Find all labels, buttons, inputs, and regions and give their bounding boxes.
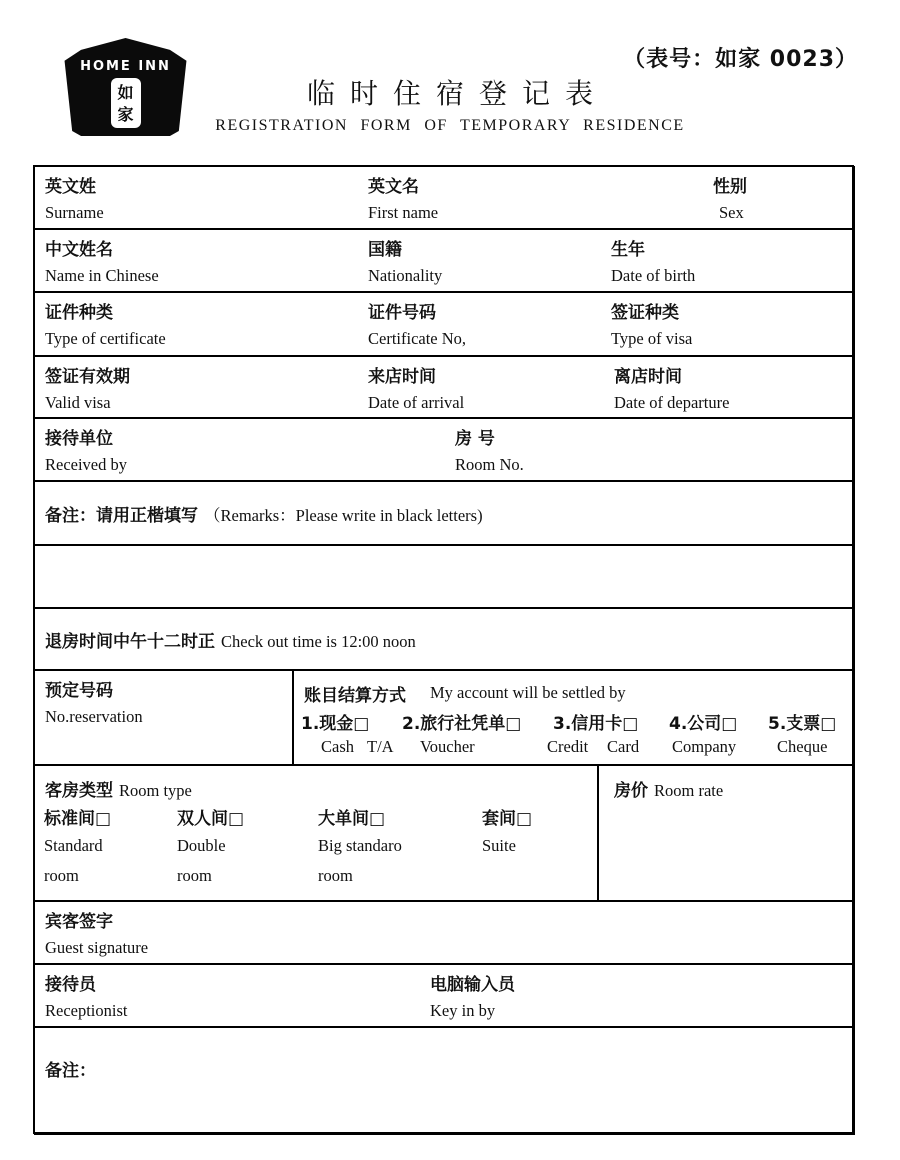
divider-room-rate bbox=[597, 766, 599, 900]
form-title-en: REGISTRATION FORM OF TEMPORARY RESIDENCE bbox=[0, 117, 900, 135]
checkout-time: 退房时间中午十二时正Check out time is 12:00 noon bbox=[45, 627, 416, 652]
row-guest-signature: 宾客签字 Guest signature bbox=[35, 902, 852, 965]
row-checkout-time: 退房时间中午十二时正Check out time is 12:00 noon bbox=[35, 609, 852, 671]
room-type-en-big-standard: Big standaro bbox=[318, 836, 402, 856]
row-received-room: 接待单位 Received by 房 号 Room No. bbox=[35, 419, 852, 482]
settlement-label-en: My account will be settled by bbox=[430, 683, 626, 703]
settlement-option-cash-checkbox[interactable]: 1.现金□ bbox=[301, 709, 369, 734]
settlement-en-cheque: Cheque bbox=[777, 737, 827, 757]
row-blank-space bbox=[35, 546, 852, 609]
field-room-no: 房 号 Room No. bbox=[455, 427, 524, 475]
settlement-option-company-checkbox[interactable]: 4.公司□ bbox=[669, 709, 737, 734]
field-cert-no: 证件号码 Certificate No, bbox=[368, 301, 466, 349]
room-type-en-standard-room: room bbox=[44, 866, 79, 886]
settlement-en-voucher: Voucher bbox=[420, 737, 475, 757]
field-visa-type: 签证种类 Type of visa bbox=[611, 301, 692, 349]
field-reservation-no: 预定号码 No.reservation bbox=[45, 679, 143, 727]
settlement-option-credit-card-checkbox[interactable]: 3.信用卡□ bbox=[553, 709, 638, 734]
field-received-by: 接待单位 Received by bbox=[45, 427, 127, 475]
room-type-double-checkbox[interactable]: 双人间□ bbox=[177, 804, 244, 829]
row-remarks: 备注： bbox=[35, 1028, 852, 1132]
room-type-en-big-standard-room: room bbox=[318, 866, 353, 886]
field-key-in-by: 电脑输入员 Key in by bbox=[430, 973, 515, 1021]
field-first-name: 英文名 First name bbox=[368, 175, 438, 223]
settlement-option-voucher-checkbox[interactable]: 2.旅行社凭单□ bbox=[402, 709, 521, 734]
settlement-en-company: Company bbox=[672, 737, 736, 757]
field-date-of-birth: 生年 Date of birth bbox=[611, 238, 695, 286]
room-type-en-standard: Standard bbox=[44, 836, 103, 856]
row-reservation-settlement: 预定号码 No.reservation 账目结算方式 My account wi… bbox=[35, 671, 852, 766]
room-type-en-double-room: room bbox=[177, 866, 212, 886]
field-valid-visa: 签证有效期 Valid visa bbox=[45, 365, 130, 413]
row-receptionist-keyin: 接待员 Receptionist 电脑输入员 Key in by bbox=[35, 965, 852, 1028]
room-type-en-suite: Suite bbox=[482, 836, 516, 856]
row-remarks-instruction: 备注：请用正楷填写（Remarks：Please write in black … bbox=[35, 482, 852, 546]
field-guest-signature: 宾客签字 Guest signature bbox=[45, 910, 148, 958]
registration-form-page: HOME INN 如 家 （表号：如家 0023） 临时住宿登记表 REGIST… bbox=[0, 0, 900, 1160]
room-type-header: 客房类型Room type bbox=[45, 776, 192, 801]
room-type-suite-checkbox[interactable]: 套间□ bbox=[482, 804, 532, 829]
field-cert-type: 证件种类 Type of certificate bbox=[45, 301, 166, 349]
room-rate-label: 房价Room rate bbox=[614, 776, 723, 801]
divider-reservation bbox=[292, 671, 294, 764]
field-arrival: 来店时间 Date of arrival bbox=[368, 365, 464, 413]
room-type-big-standard-checkbox[interactable]: 大单间□ bbox=[318, 804, 385, 829]
row-name-sex: 英文姓 Surname 英文名 First name 性别 Sex bbox=[35, 167, 852, 230]
field-departure: 离店时间 Date of departure bbox=[614, 365, 729, 413]
settlement-option-cheque-checkbox[interactable]: 5.支票□ bbox=[768, 709, 836, 734]
settlement-en-card: Card bbox=[607, 737, 639, 757]
field-receptionist: 接待员 Receptionist bbox=[45, 973, 127, 1021]
row-certificate-visa: 证件种类 Type of certificate 证件号码 Certificat… bbox=[35, 293, 852, 357]
form-title-cn: 临时住宿登记表 bbox=[0, 72, 900, 112]
remarks-instruction: 备注：请用正楷填写（Remarks：Please write in black … bbox=[45, 501, 483, 526]
settlement-label-cn: 账目结算方式 bbox=[304, 681, 406, 706]
field-sex: 性别 Sex bbox=[713, 175, 747, 223]
field-nationality: 国籍 Nationality bbox=[368, 238, 442, 286]
registration-table: 英文姓 Surname 英文名 First name 性别 Sex 中文姓名 N… bbox=[33, 165, 854, 1134]
row-nationality-birth: 中文姓名 Name in Chinese 国籍 Nationality 生年 D… bbox=[35, 230, 852, 293]
settlement-en-ta: T/A bbox=[367, 737, 394, 757]
row-visa-dates: 签证有效期 Valid visa 来店时间 Date of arrival 离店… bbox=[35, 357, 852, 419]
field-surname: 英文姓 Surname bbox=[45, 175, 104, 223]
settlement-en-credit: Credit bbox=[547, 737, 588, 757]
row-room-type-rate: 客房类型Room type 标准间□ 双人间□ 大单间□ 套间□ Standar… bbox=[35, 766, 852, 902]
form-number: （表号：如家 0023） bbox=[623, 42, 858, 73]
remarks-label: 备注： bbox=[45, 1056, 96, 1081]
room-type-standard-checkbox[interactable]: 标准间□ bbox=[44, 804, 111, 829]
settlement-en-cash: Cash bbox=[321, 737, 354, 757]
field-chinese-name: 中文姓名 Name in Chinese bbox=[45, 238, 159, 286]
room-type-en-double: Double bbox=[177, 836, 226, 856]
